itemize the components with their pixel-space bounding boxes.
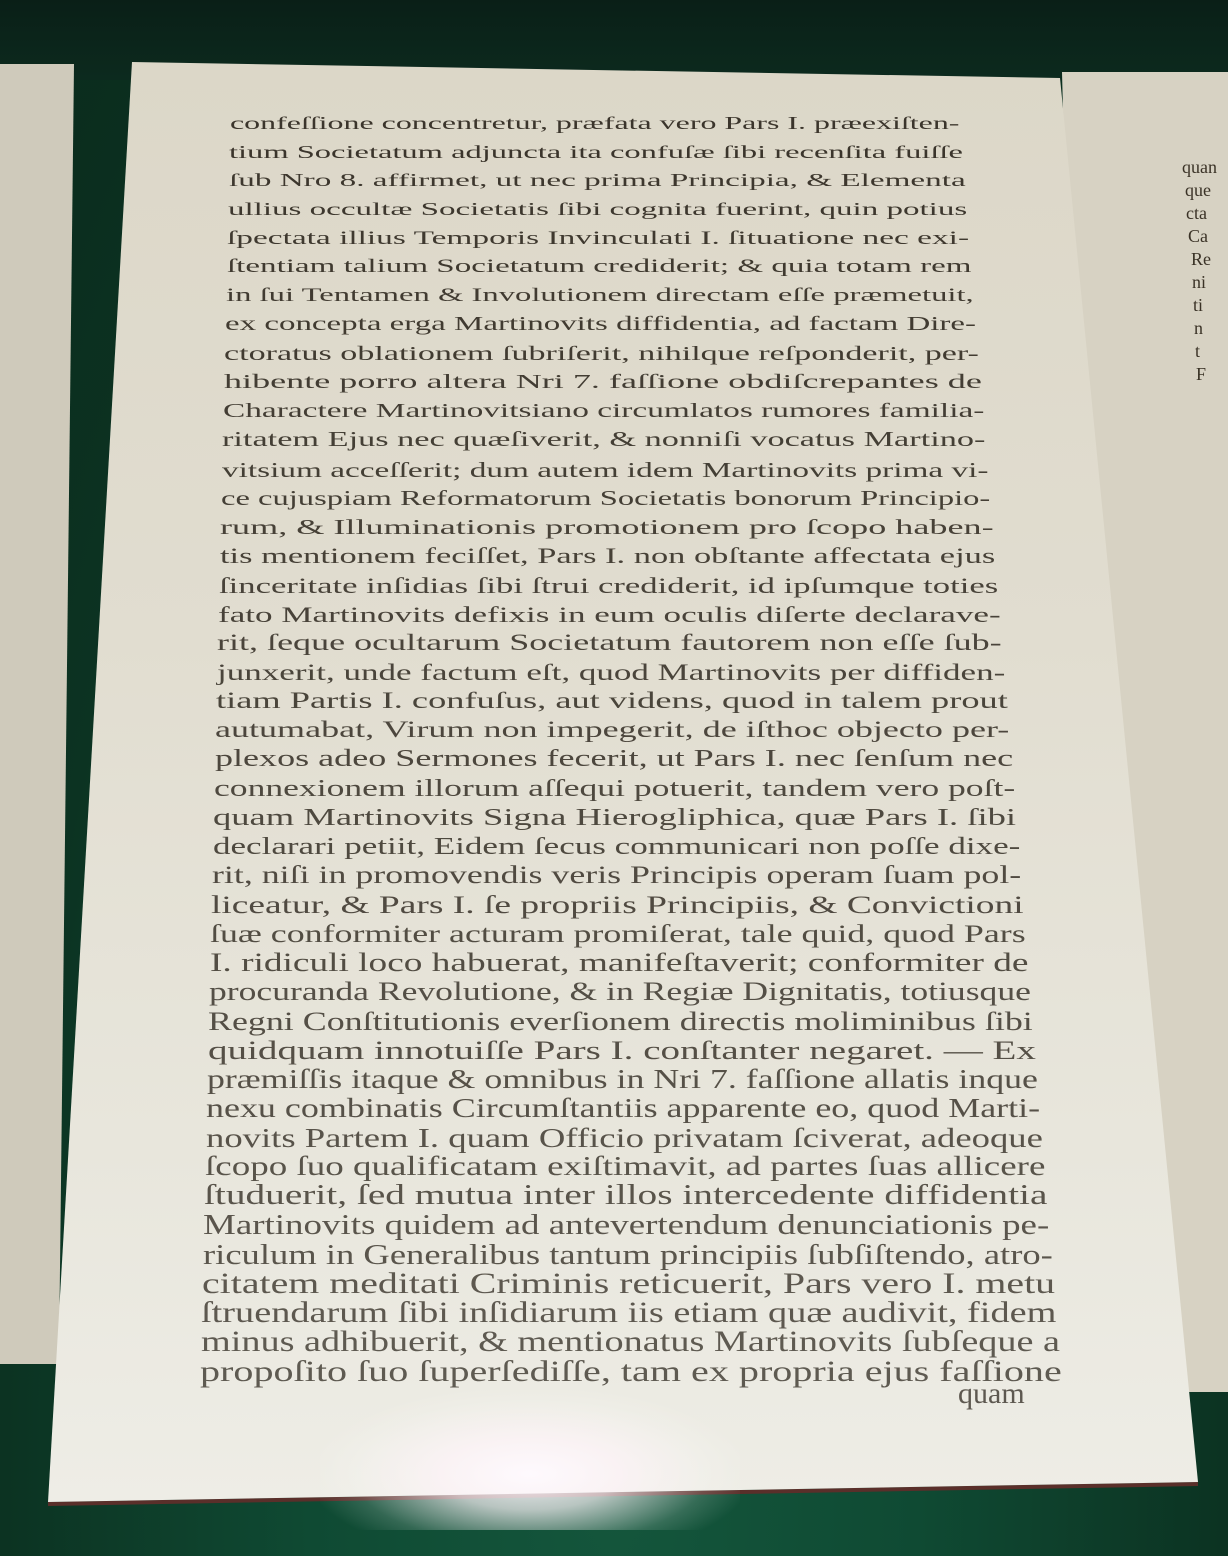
text-line: citatem meditati Criminis reticuerit, Pa… (202, 1268, 1055, 1301)
text-line: tium Societatum adjuncta ita confuſæ ſib… (229, 142, 963, 163)
text-line: rit, ſeque ocultarum Societatum fautorem… (217, 630, 1002, 656)
text-line: quam Martinovits Signa Hierogliphica, qu… (213, 804, 1016, 832)
text-line: procuranda Revolutione, & in Regiæ Digni… (209, 977, 1031, 1007)
text-line: ctoratus oblationem ſubriſerit, nihilque… (224, 343, 979, 366)
text-line: Regni Conſtitutionis everſionem directis… (208, 1006, 1033, 1037)
text-line: Charactere Martinovitsiano circumlatos r… (223, 400, 984, 423)
text-line: ritatem Ejus nec quæſiverit, & nonniſi v… (222, 429, 985, 452)
text-line: ſub Nro 8. affirmet, ut nec prima Princi… (229, 170, 966, 191)
text-line: ſinceritate inſidias ſibi ſtrui credider… (219, 573, 998, 599)
text-line: ſtruendarum ſibi inſidiarum iis etiam qu… (201, 1297, 1056, 1330)
text-line: confeſſione concentretur, præfata vero P… (230, 113, 959, 134)
text-line: quidquam innotuiſſe Pars I. conſtanter n… (208, 1035, 1036, 1066)
text-line: fato Martinovits defixis in eum oculis d… (218, 602, 1001, 628)
text-line: ſtuduerit, ſed mutua inter illos interce… (204, 1180, 1047, 1212)
text-line: novits Partem I. quam Officio privatam ſ… (206, 1122, 1043, 1154)
text-line: ſcopo ſuo qualificatam exiſtimavit, ad p… (205, 1151, 1045, 1183)
text-line: ſpectata illius Temporis Invinculati I. … (227, 228, 969, 250)
text-line: liceatur, & Pars I. ſe propriis Principi… (211, 891, 1024, 920)
text-line: riculum in Generalibus tantum principiis… (203, 1239, 1053, 1272)
text-line: ullius occultæ Societatis ſibi cognita f… (228, 199, 967, 220)
text-line: ce cujuspiam Reformatorum Societatis bon… (221, 486, 990, 511)
document-text: confeſſione concentretur, præfata vero P… (0, 0, 1228, 1556)
text-line: vitsium acceſſerit; dum autem idem Marti… (222, 458, 988, 483)
text-line: I. ridiculi loco habuerat, manifeſtaveri… (210, 948, 1028, 978)
text-line: præmiſſis itaque & omnibus in Nri 7. faſ… (207, 1064, 1038, 1095)
text-line: tiam Partis I. confuſus, aut videns, quo… (216, 688, 1008, 715)
text-line: declarari petiit, Eidem ſecus communicar… (213, 833, 1020, 861)
text-line: ſtentiam talium Societatum crediderit; &… (227, 256, 971, 278)
text-line: hibente porro altera Nri 7. faſſione obd… (224, 371, 982, 394)
text-line: Martinovits quidem ad antevertendum denu… (203, 1210, 1049, 1242)
text-line: minus adhibuerit, & mentionatus Martinov… (201, 1326, 1060, 1359)
text-line: autumabat, Virum non impegerit, de iſtho… (215, 717, 1009, 744)
text-line: nexu combinatis Circumſtantiis apparente… (206, 1093, 1040, 1124)
text-line: in ſui Tentamen & Involutionem directam … (226, 285, 974, 307)
text-line: junxerit, unde factum eſt, quod Martinov… (217, 659, 1005, 686)
text-line: rit, niſi in promovendis veris Principis… (212, 862, 1021, 890)
text-line: rum, & Illuminationis promotionem pro ſc… (220, 515, 994, 540)
text-line: connexionem illorum aſſequi potuerit, ta… (214, 775, 1015, 803)
text-line: plexos adeo Sermones fecerit, ut Pars I.… (215, 746, 1013, 773)
text-line: propoſito ſuo ſuperſediſſe, tam ex propr… (200, 1355, 1062, 1389)
text-line: tis mentionem feciſſet, Pars I. non obſt… (220, 544, 995, 569)
text-line: ſuæ conformiter acturam promiſerat, tale… (210, 919, 1026, 949)
text-line: ex concepta erga Martinovits diffidentia… (225, 314, 976, 336)
catchword: quam (958, 1377, 1025, 1411)
